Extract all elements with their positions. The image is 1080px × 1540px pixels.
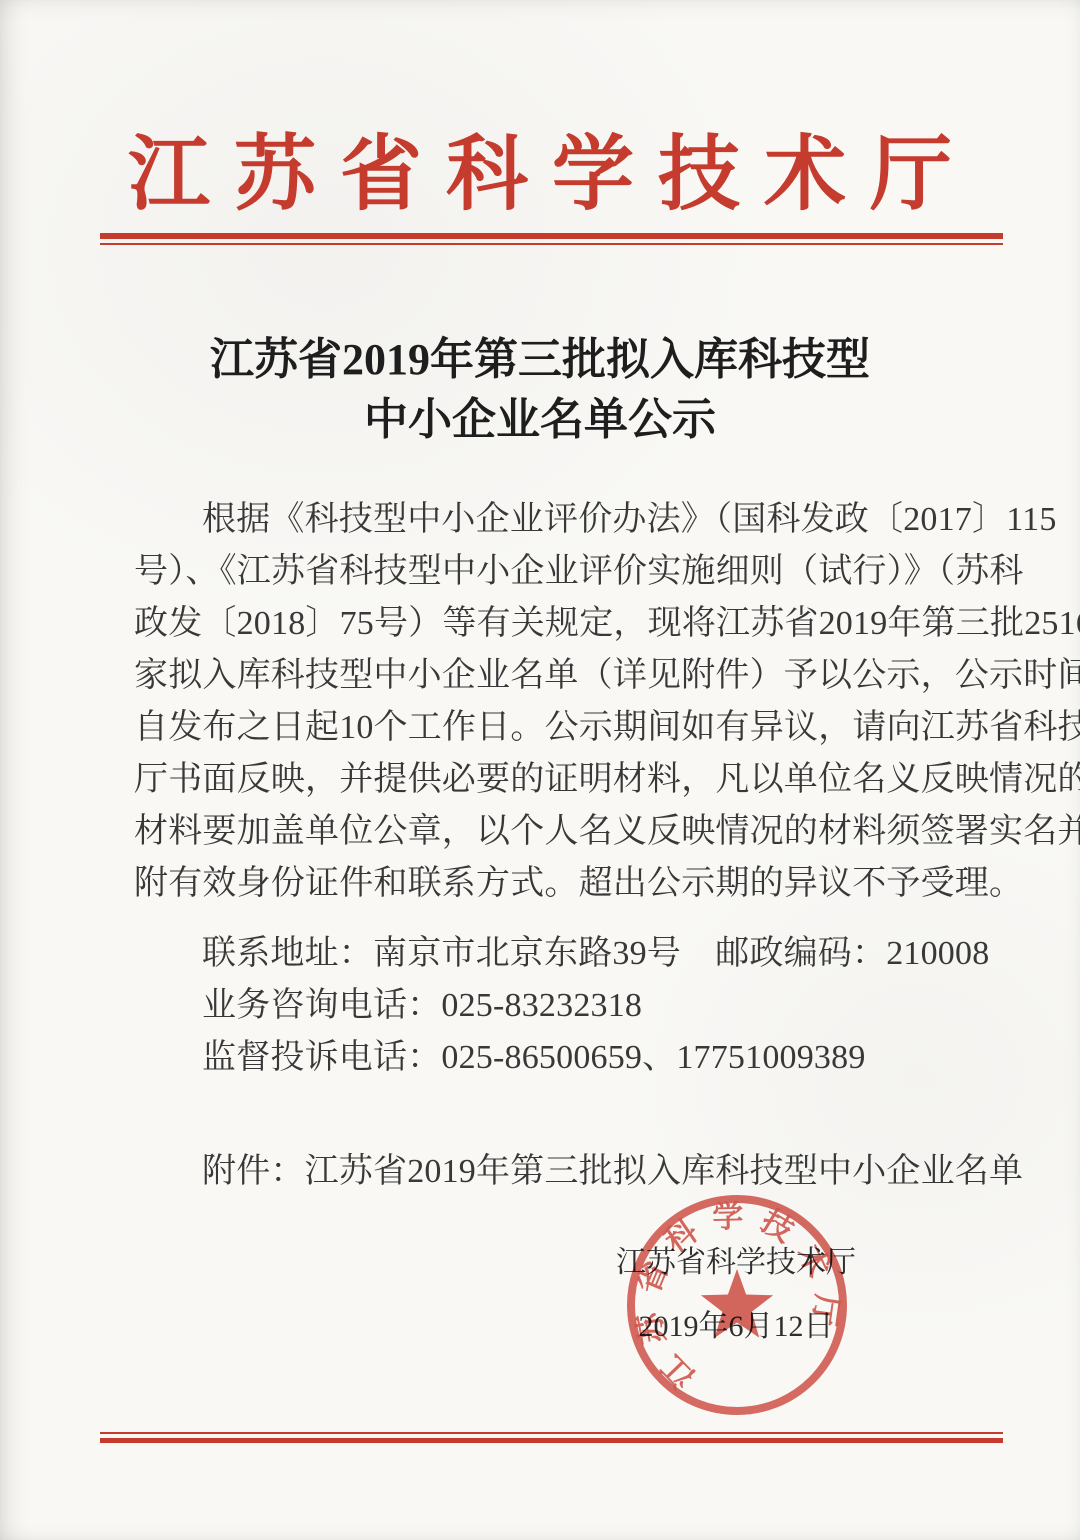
footer-double-rule — [100, 1432, 1003, 1443]
body-line: 厅书面反映，并提供必要的证明材料，凡以单位名义反映情况的 — [134, 754, 966, 806]
body-line: 政发〔2018〕75号）等有关规定，现将江苏省2019年第三批2516 — [134, 598, 966, 650]
contact-info: 联系地址：南京市北京东路39号 邮政编码：210008 业务咨询电话：025-8… — [134, 928, 966, 1084]
document-body: 根据《科技型中小企业评价办法》（国科发政〔2017〕115 号）、《江苏省科技型… — [134, 494, 966, 1198]
supervision-phone-line: 监督投诉电话：025-86500659、17751009389 — [134, 1032, 966, 1084]
body-line: 家拟入库科技型中小企业名单（详见附件）予以公示，公示时间 — [134, 650, 966, 702]
body-line: 自发布之日起10个工作日。公示期间如有异议，请向江苏省科技 — [134, 702, 966, 754]
contact-address-line: 联系地址：南京市北京东路39号 邮政编码：210008 — [134, 928, 966, 980]
body-line: 号）、《江苏省科技型中小企业评价实施细则（试行）》（苏科 — [134, 546, 966, 598]
header-double-rule — [100, 233, 1003, 245]
body-line: 根据《科技型中小企业评价办法》（国科发政〔2017〕115 — [134, 494, 966, 546]
seal-star-icon — [701, 1269, 773, 1338]
letterhead-org-name: 江苏省科学技术厅 — [0, 130, 1080, 220]
document-title-line1: 江苏省2019年第三批拟入库科技型 — [0, 330, 1080, 390]
document-title-line2: 中小企业名单公示 — [0, 390, 1080, 450]
business-phone-line: 业务咨询电话：025-83232318 — [134, 980, 966, 1032]
official-red-seal: 江苏省科学技术厅 — [622, 1190, 852, 1420]
body-line: 材料要加盖单位公章，以个人名义反映情况的材料须签署实名并 — [134, 806, 966, 858]
scanned-document-page: 江苏省科学技术厅 江苏省2019年第三批拟入库科技型 中小企业名单公示 根据《科… — [0, 0, 1080, 1540]
body-line: 附有效身份证件和联系方式。超出公示期的异议不予受理。 — [134, 858, 966, 910]
document-title: 江苏省2019年第三批拟入库科技型 中小企业名单公示 — [0, 330, 1080, 450]
